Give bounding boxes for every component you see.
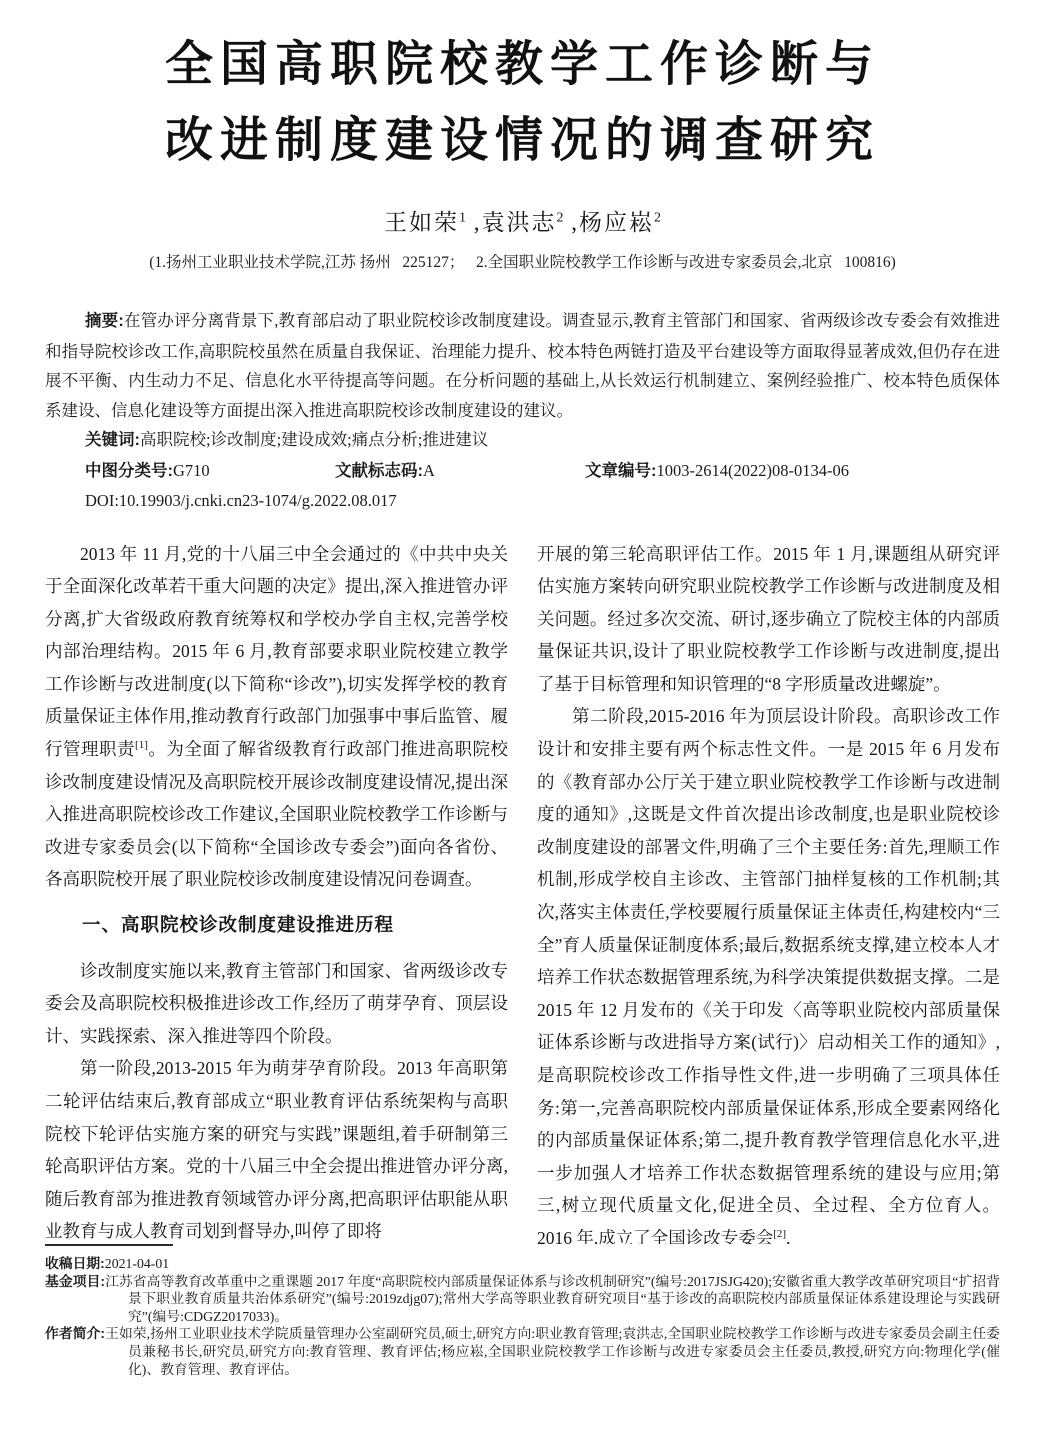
section-heading-1: 一、高职院校诊改制度建设推进历程 xyxy=(45,909,508,942)
received-date-value: 2021-04-01 xyxy=(105,1256,169,1271)
authors-line: 王如荣1 ,袁洪志2 ,杨应崧2 xyxy=(45,204,1000,237)
body-paragraph: 第一阶段,2013-2015 年为萌芽孕育阶段。2013 年高职第二轮评估结束后… xyxy=(45,1052,508,1248)
keywords-text: 高职院校;诊改制度;建设成效;痛点分析;推进建议 xyxy=(140,430,488,449)
right-column: 开展的第三轮高职评估工作。2015 年 1 月,课题组从研究评估实施方案转向研究… xyxy=(537,538,1000,1255)
body-paragraph: 开展的第三轮高职评估工作。2015 年 1 月,课题组从研究评估实施方案转向研究… xyxy=(537,538,1000,701)
clc-label: 中图分类号: xyxy=(85,462,173,480)
paper-page: 全国高职院校教学工作诊断与 改进制度建设情况的调查研究 王如荣1 ,袁洪志2 ,… xyxy=(0,0,1041,1454)
keywords-label: 关键词: xyxy=(85,431,140,449)
clc-value: G710 xyxy=(173,461,210,480)
author-name: 袁洪志 xyxy=(482,210,557,235)
body-columns: 2013 年 11 月,党的十八届三中全会通过的《中共中央关于全面深化改革若干重… xyxy=(45,538,1000,1255)
received-date-label: 收稿日期: xyxy=(45,1256,105,1271)
body-paragraph: 第二阶段,2015-2016 年为顶层设计阶段。高职诊改工作设计和安排主要有两个… xyxy=(537,700,1000,1254)
affiliation-line: (1.扬州工业职业技术学院,江苏 扬州 225127； 2.全国职业院校教学工作… xyxy=(45,250,1000,272)
paper-title: 全国高职院校教学工作诊断与 改进制度建设情况的调查研究 xyxy=(45,26,1000,178)
body-paragraph: 2013 年 11 月,党的十八届三中全会通过的《中共中央关于全面深化改革若干重… xyxy=(45,538,508,897)
author-name: 杨应崧 xyxy=(579,210,654,235)
author-name: 王如荣 xyxy=(384,210,459,235)
abstract-label: 摘要: xyxy=(85,312,124,330)
article-no-value: 1003-2614(2022)08-0134-06 xyxy=(657,461,849,480)
classification-row: 中图分类号:G710文献标志码:A文章编号:1003-2614(2022)08-… xyxy=(45,456,1000,487)
author-bio-label: 作者简介: xyxy=(45,1326,105,1341)
doi-line: DOI:10.19903/j.cnki.cn23-1074/g.2022.08.… xyxy=(45,486,1000,516)
author-separator: , xyxy=(564,210,580,235)
received-date-entry: 收稿日期:2021-04-01 xyxy=(45,1255,1000,1273)
footnote-block: 收稿日期:2021-04-01 基金项目:江苏省高等教育改革重中之重课题 201… xyxy=(45,1244,1000,1378)
doc-code-label: 文献标志码: xyxy=(335,462,423,480)
abstract-paragraph: 摘要:在管办评分离背景下,教育部启动了职业院校诊改制度建设。调查显示,教育主管部… xyxy=(45,306,1000,425)
title-line-2: 改进制度建设情况的调查研究 xyxy=(45,102,1000,178)
author-bio-entry: 作者简介:王如荣,扬州工业职业技术学院质量管理办公室副研究员,硕士,研究方向:职… xyxy=(45,1325,1000,1378)
fund-project-entry: 基金项目:江苏省高等教育改革重中之重课题 2017 年度“高职院校内部质量保证体… xyxy=(45,1273,1000,1326)
article-no-group: 文章编号:1003-2614(2022)08-0134-06 xyxy=(585,456,849,487)
author-bio-text: 王如荣,扬州工业职业技术学院质量管理办公室副研究员,硕士,研究方向:职业教育管理… xyxy=(105,1326,1000,1376)
title-line-1: 全国高职院校教学工作诊断与 xyxy=(45,26,1000,102)
author-affil-mark: 2 xyxy=(654,210,661,225)
body-paragraph: 诊改制度实施以来,教育主管部门和国家、省两级诊改专委会及高职院校积极推进诊改工作… xyxy=(45,955,508,1053)
doc-code-group: 文献标志码:A xyxy=(335,456,585,487)
keywords-line: 关键词:高职院校;诊改制度;建设成效;痛点分析;推进建议 xyxy=(45,425,1000,456)
article-no-label: 文章编号: xyxy=(585,462,657,480)
doc-code-value: A xyxy=(423,461,435,480)
author-affil-mark: 1 xyxy=(459,210,466,225)
meta-block: 摘要:在管办评分离背景下,教育部启动了职业院校诊改制度建设。调查显示,教育主管部… xyxy=(45,306,1000,516)
footnote-divider xyxy=(45,1244,173,1246)
fund-project-text: 江苏省高等教育改革重中之重课题 2017 年度“高职院校内部质量保证体系与诊改机… xyxy=(105,1274,1000,1324)
author-affil-mark: 2 xyxy=(557,210,564,225)
left-column: 2013 年 11 月,党的十八届三中全会通过的《中共中央关于全面深化改革若干重… xyxy=(45,538,508,1255)
clc-group: 中图分类号:G710 xyxy=(85,456,335,487)
fund-project-label: 基金项目: xyxy=(45,1274,105,1289)
author-separator: , xyxy=(466,210,482,235)
abstract-text: 在管办评分离背景下,教育部启动了职业院校诊改制度建设。调查显示,教育主管部门和国… xyxy=(45,311,1000,420)
